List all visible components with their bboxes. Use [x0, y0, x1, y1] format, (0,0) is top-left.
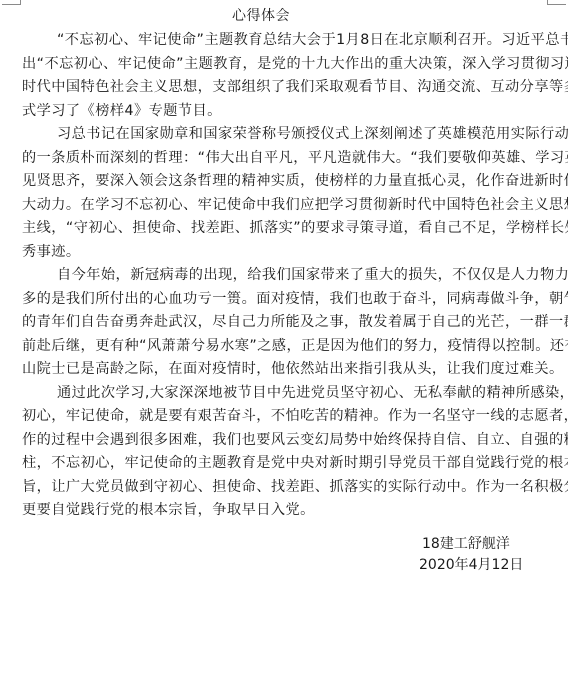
text-line: 主线，“守初心、担使命、找差距、抓落实”的要求寻策寻道，看自己不足，学榜样长处和…: [22, 217, 548, 241]
text-line: 柱，不忘初心，牢记使命的主题教育是党中央对新时期引导党员干部自觉践行党的根本宗: [22, 452, 548, 476]
text-line: 习总书记在国家勋章和国家荣誉称号颁授仪式上深刻阐述了英雄模范用实际行动诠释: [22, 123, 548, 147]
paragraph-4: 通过此次学习,大家深深地被节目中先进党员坚守初心、无私奉献的精神所感染，不忘 初…: [22, 382, 548, 523]
text-line: “不忘初心、牢记使命”主题教育总结大会于1月8日在北京顺利召开。习近平总书记指: [22, 29, 548, 53]
paragraph-3: 自今年始，新冠病毒的出现，给我们国家带来了重大的损失，不仅仅是人力物力，更 多的…: [22, 264, 548, 382]
text-line: 秀事迹。: [22, 241, 548, 265]
text-line: 的一条质朴而深刻的哲理：“伟大出自平凡，平凡造就伟大。“我们要敬仰英雄、学习英雄…: [22, 147, 548, 171]
paragraph-1: “不忘初心、牢记使命”主题教育总结大会于1月8日在北京顺利召开。习近平总书记指 …: [22, 29, 548, 123]
text-line: 更要自觉践行党的根本宗旨，争取早日入党。: [22, 499, 548, 523]
document-body: “不忘初心、牢记使命”主题教育总结大会于1月8日在北京顺利召开。习近平总书记指 …: [22, 29, 548, 523]
text-line: 作的过程中会遇到很多困难，我们也要风云变幻局势中始终保持自信、自立、自强的精神支: [22, 429, 548, 453]
document-title: 心得体会: [0, 6, 522, 26]
text-line: 自今年始，新冠病毒的出现，给我们国家带来了重大的损失，不仅仅是人力物力，更: [22, 264, 548, 288]
signature-date: 2020年4月12日: [419, 555, 523, 575]
page-margin-corner-top-right: [547, 0, 566, 5]
text-line: 的青年们自告奋勇奔赴武汉，尽自己力所能及之事，散发着属于自己的光芒，一群一群人，: [22, 311, 548, 335]
text-line: 通过此次学习,大家深深地被节目中先进党员坚守初心、无私奉献的精神所感染，不忘: [22, 382, 548, 406]
text-line: 多的是我们所付出的心血功亏一篑。面对疫情，我们也敢于奋斗，同病毒做斗争，朝气蓬勃: [22, 288, 548, 312]
text-line: 旨，让广大党员做到守初心、担使命、找差距、抓落实的实际行动中。作为一名积极分子，: [22, 476, 548, 500]
text-line: 山院士已是高龄之际，在面对疫情时，他依然站出来指引我从头，让我们度过难关。: [22, 358, 548, 382]
text-line: 见贤思齐，要深入领会这条哲理的精神实质，使榜样的力量直抵心灵，化作奋进新时代的强: [22, 170, 548, 194]
text-line: 时代中国特色社会主义思想，支部组织了我们采取观看节目、沟通交流、互动分享等多种形: [22, 76, 548, 100]
text-line: 式学习了《榜样4》专题节目。: [22, 100, 548, 124]
text-line: 初心，牢记使命，就是要有艰苦奋斗，不怕吃苦的精神。作为一名坚守一线的志愿者，在工: [22, 405, 548, 429]
text-line: 大动力。在学习不忘初心、牢记使命中我们应把学习贯彻新时代中国特色社会主义思想作为: [22, 194, 548, 218]
page-margin-corner-top-left: [2, 0, 21, 5]
text-line: 前赴后继，更有种“风萧萧兮易水寒”之感，正是因为他们的努力，疫情得以控制。还有钟…: [22, 335, 548, 359]
text-line: 出“不忘初心、牢记使命”主题教育，是党的十九大作出的重大决策，深入学习贯彻习近平…: [22, 53, 548, 77]
paragraph-2: 习总书记在国家勋章和国家荣誉称号颁授仪式上深刻阐述了英雄模范用实际行动诠释 的一…: [22, 123, 548, 264]
signature-name: 18建工舒舰洋: [422, 534, 510, 554]
